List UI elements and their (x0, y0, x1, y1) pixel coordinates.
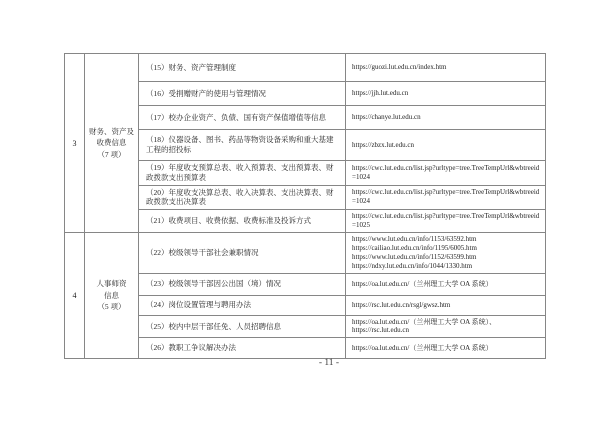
item-label: （22）校级领导干部社会兼职情况 (139, 233, 346, 274)
item-label: （16）受捐赠财产的使用与管理情况 (139, 82, 346, 106)
url-text: https://cailiao.lut.edu.cn/info/1195/600… (352, 244, 542, 253)
category-line: 人事师资 (86, 278, 137, 290)
group-category: 财务、资产及 收费信息 （7 项） (85, 54, 139, 233)
item-url-cell: https://oa.lut.edu.cn/（兰州理工大学 OA 系统） (346, 273, 546, 295)
url-text: https://www.lut.edu.cn/info/1152/63599.h… (352, 253, 542, 262)
item-label: （19）年度收支预算总表、收入预算表、支出预算表、财政拨款支出预算表 (139, 161, 346, 186)
url-text: https://oa.lut.edu.cn/（兰州理工大学 OA 系统） (352, 344, 542, 353)
item-url-cell: https://oa.lut.edu.cn/（兰州理工大学 OA 系统） (346, 338, 546, 359)
item-label: （24）岗位设置管理与聘用办法 (139, 295, 346, 315)
item-url-cell: https://oa.lut.edu.cn/（兰州理工大学 OA 系统）、 ht… (346, 315, 546, 338)
group-index: 3 (65, 54, 85, 233)
item-label: （25）校内中层干部任免、人员招聘信息 (139, 315, 346, 338)
table-row: 3 财务、资产及 收费信息 （7 项） （15）财务、资产管理制度 https:… (65, 54, 546, 82)
item-url-cell: https://cwc.lut.edu.cn/list.jsp?urltype=… (346, 161, 546, 186)
table-row: 4 人事师资 信息 （5 项） （22）校级领导干部社会兼职情况 https:/… (65, 233, 546, 274)
item-url-cell: https://chanye.lut.edu.cn (346, 106, 546, 130)
disclosure-table: 3 财务、资产及 收费信息 （7 项） （15）财务、资产管理制度 https:… (64, 53, 546, 359)
item-url-cell: https://zbzx.lut.edu.cn (346, 130, 546, 161)
group-category: 人事师资 信息 （5 项） (85, 233, 139, 359)
page-number: - 11 - (0, 358, 600, 368)
url-text: https://guozi.lut.edu.cn/index.htm (352, 63, 542, 72)
url-text: https://rsc.lut.edu.cn/rsgl/gwsz.htm (352, 301, 542, 310)
category-line: （5 项） (86, 301, 137, 313)
item-url-cell: https://cwc.lut.edu.cn/list.jsp?urltype=… (346, 210, 546, 233)
category-line: 收费信息 (86, 137, 137, 149)
item-label: （15）财务、资产管理制度 (139, 54, 346, 82)
group-index: 4 (65, 233, 85, 359)
category-line: 财务、资产及 (86, 126, 137, 138)
url-text: https://www.lut.edu.cn/info/1153/63592.h… (352, 235, 542, 244)
item-label: （18）仪器设备、图书、药品等物资设备采购和重大基建工程的招投标 (139, 130, 346, 161)
url-text: https://oa.lut.edu.cn/（兰州理工大学 OA 系统） (352, 280, 542, 289)
url-text: https://cwc.lut.edu.cn/list.jsp?urltype=… (352, 188, 542, 206)
url-text: https://jjh.lut.edu.cn (352, 89, 542, 98)
item-label: （20）年度收支决算总表、收入决算表、支出决算表、财政拨款支出决算表 (139, 185, 346, 210)
item-label: （17）校办企业资产、负债、国有资产保值增值等信息 (139, 106, 346, 130)
url-text: https://cwc.lut.edu.cn/list.jsp?urltype=… (352, 212, 542, 230)
category-line: 信息 (86, 290, 137, 302)
item-url-cell: https://rsc.lut.edu.cn/rsgl/gwsz.htm (346, 295, 546, 315)
item-url-cell: https://jjh.lut.edu.cn (346, 82, 546, 106)
item-url-cell: https://www.lut.edu.cn/info/1153/63592.h… (346, 233, 546, 274)
url-text: https://oa.lut.edu.cn/（兰州理工大学 OA 系统）、 (352, 318, 542, 327)
item-url-cell: https://guozi.lut.edu.cn/index.htm (346, 54, 546, 82)
url-text: https://ndxy.lut.edu.cn/info/1044/1330.h… (352, 262, 542, 271)
item-url-cell: https://cwc.lut.edu.cn/list.jsp?urltype=… (346, 185, 546, 210)
item-label: （21）收费项目、收费依据、收费标准及投诉方式 (139, 210, 346, 233)
url-text: https://rsc.lut.edu.cn (352, 326, 542, 335)
url-text: https://chanye.lut.edu.cn (352, 113, 542, 122)
url-text: https://cwc.lut.edu.cn/list.jsp?urltype=… (352, 164, 542, 182)
item-label: （23）校级领导干部因公出国（境）情况 (139, 273, 346, 295)
item-label: （26）教职工争议解决办法 (139, 338, 346, 359)
category-line: （7 项） (86, 149, 137, 161)
url-text: https://zbzx.lut.edu.cn (352, 141, 542, 150)
